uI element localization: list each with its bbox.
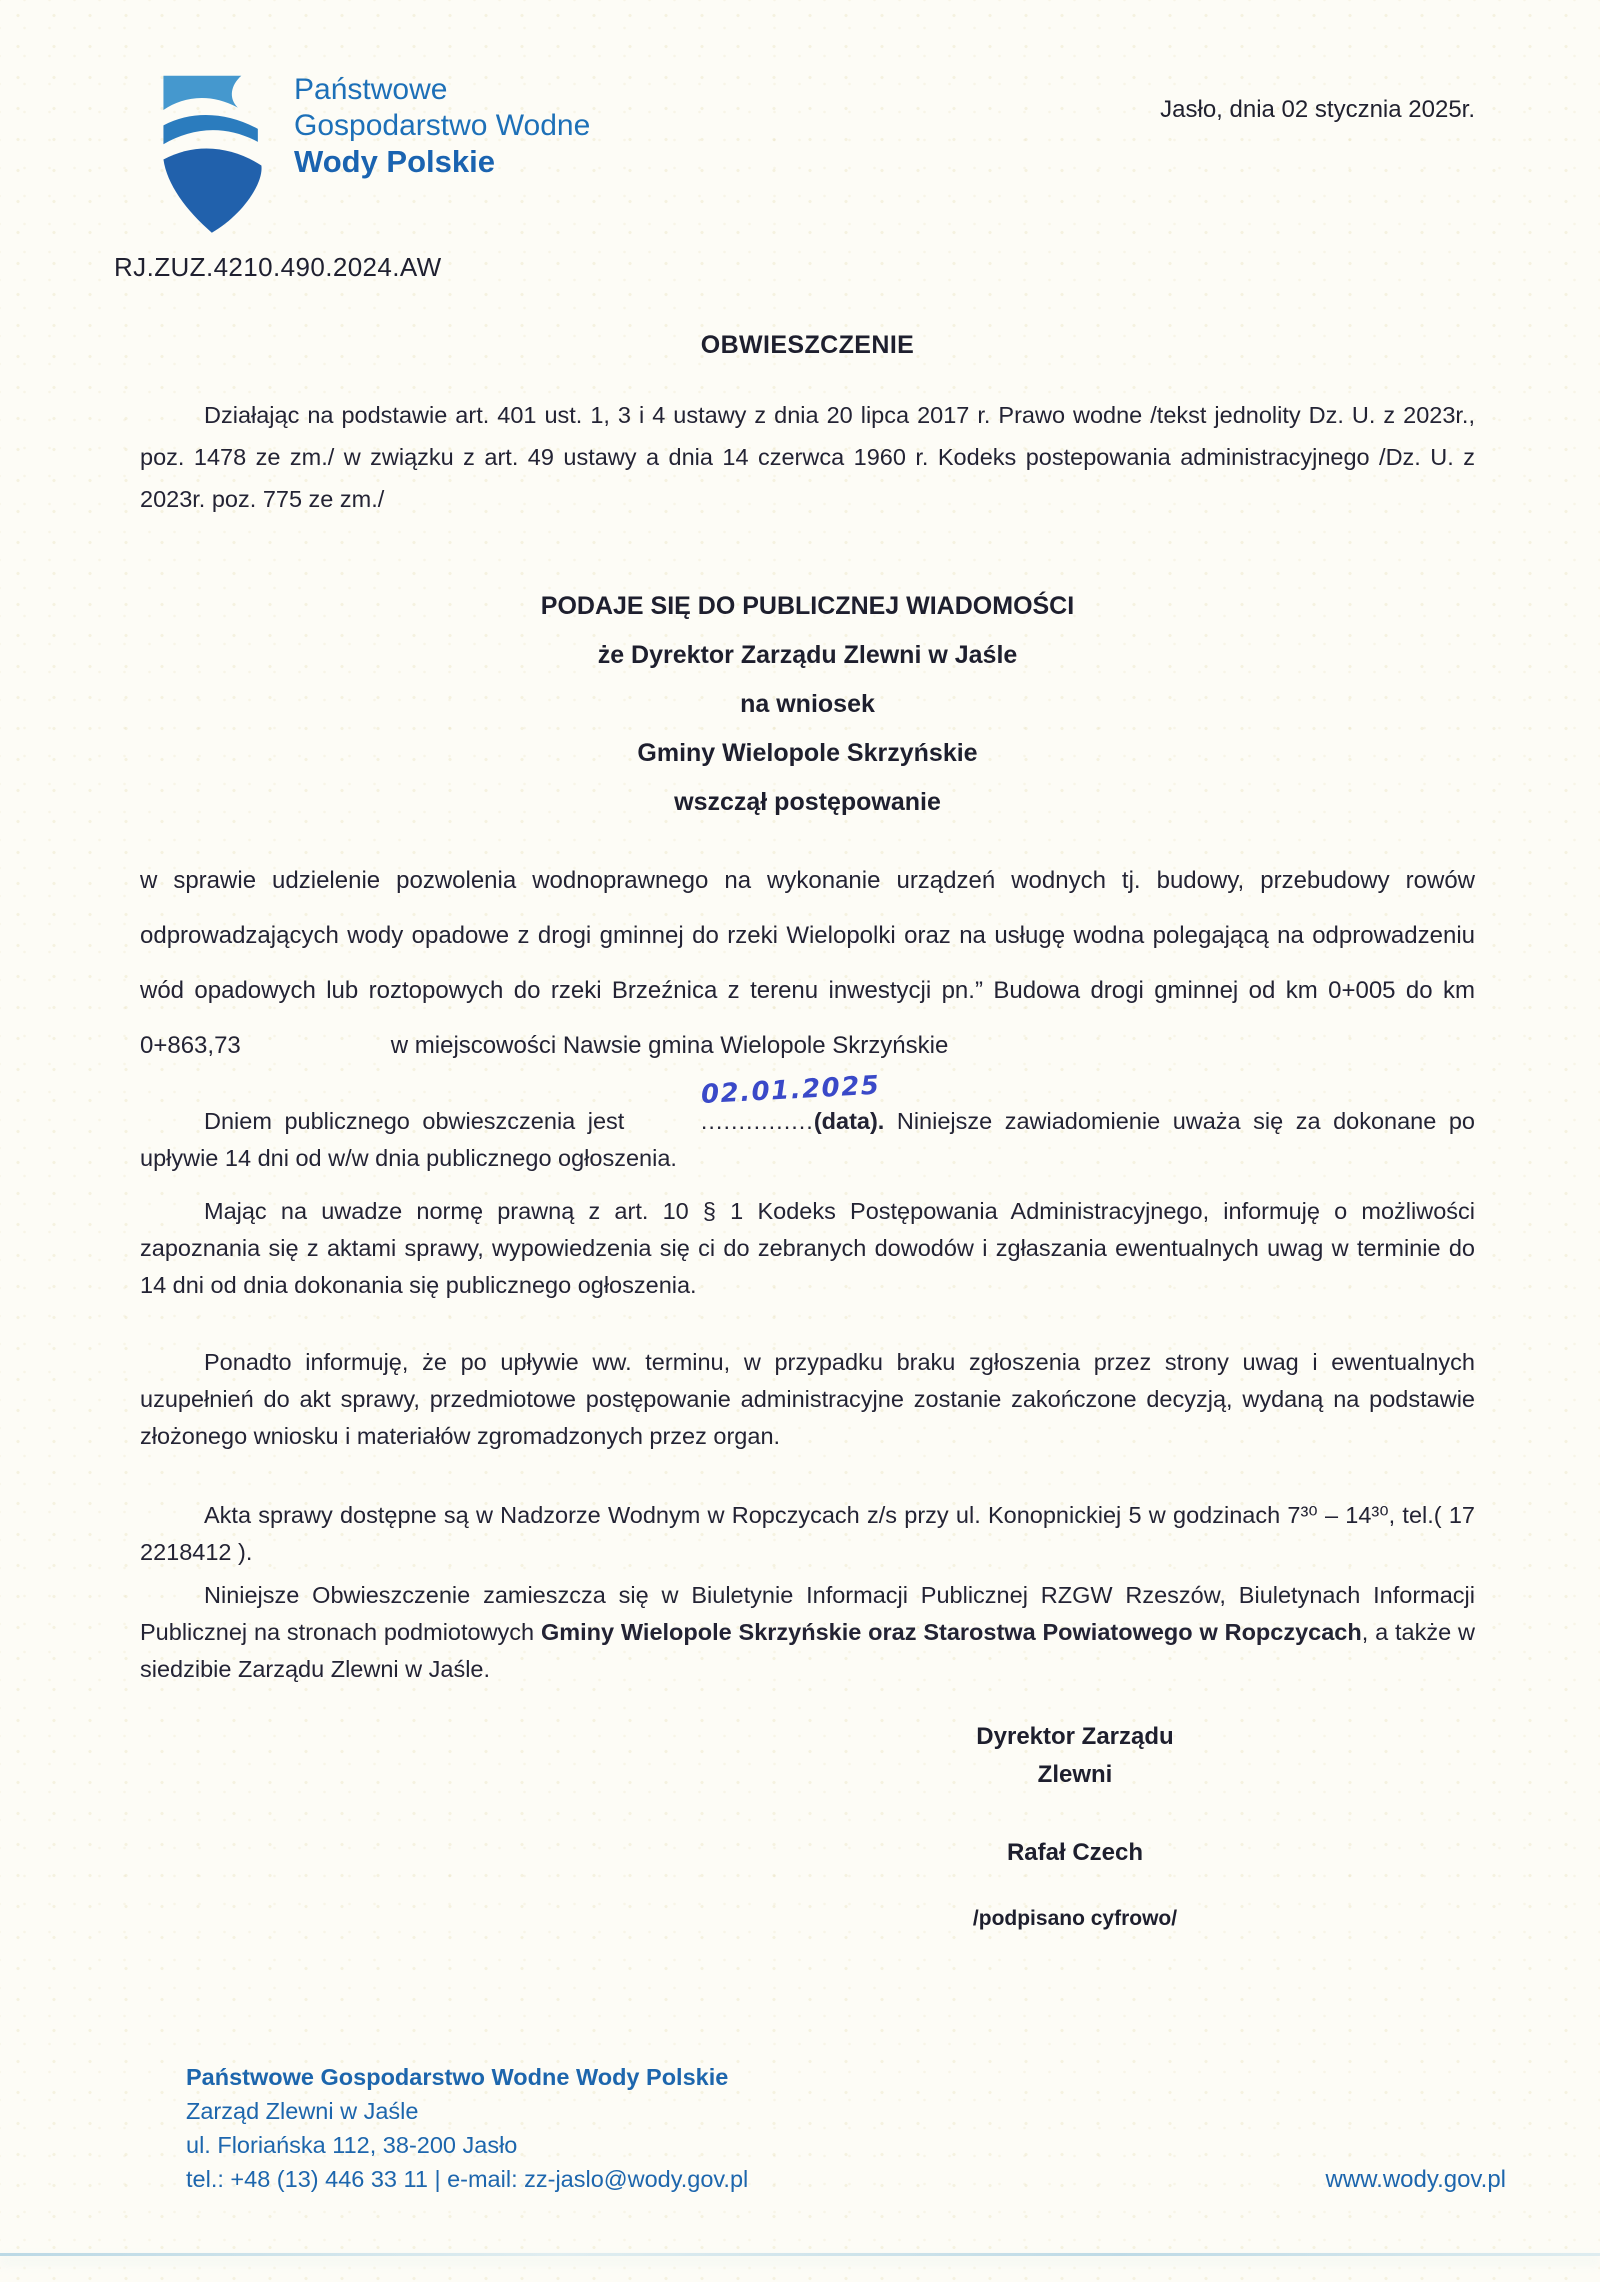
proclamation-line-3: na wniosek	[140, 680, 1475, 729]
proclamation-block: PODAJE SIĘ DO PUBLICZNEJ WIADOMOŚCI że D…	[140, 582, 1475, 827]
proceedings-conclusion-paragraph: Ponadto informuję, że po upływie ww. ter…	[140, 1344, 1475, 1455]
scanned-document-page: Państwowe Gospodarstwo Wodne Wody Polski…	[0, 0, 1600, 2282]
case-files-location-paragraph: Akta sprawy dostępne są w Nadzorze Wodny…	[140, 1497, 1475, 1571]
publication-date-paragraph: Dniem publicznego obwieszczenia jest 02.…	[140, 1103, 1475, 1177]
signer-name: Rafał Czech	[865, 1834, 1285, 1872]
publication-text-before: Dniem publicznego obwieszczenia jest	[204, 1108, 637, 1134]
footer-unit: Zarząd Zlewni w Jaśle	[186, 2094, 748, 2128]
case-access-info-paragraph: Mając na uwadze normę prawną z art. 10 §…	[140, 1193, 1475, 1304]
footer-org-name: Państwowe Gospodarstwo Wodne Wody Polski…	[186, 2060, 748, 2094]
document-footer: Państwowe Gospodarstwo Wodne Wody Polski…	[186, 2060, 748, 2196]
wody-polskie-waves-icon	[154, 64, 272, 248]
date-fill-in-field: 02.01.2025...............	[637, 1103, 814, 1140]
proclamation-line-4: Gminy Wielopole Skrzyńskie	[140, 729, 1475, 778]
signer-role-line2: Zlewni	[865, 1756, 1285, 1794]
footer-contact: tel.: +48 (13) 446 33 11 | e-mail: zz-ja…	[186, 2162, 748, 2196]
proclamation-line-1: PODAJE SIĘ DO PUBLICZNEJ WIADOMOŚCI	[140, 582, 1475, 631]
footer-website: www.wody.gov.pl	[1325, 2166, 1506, 2194]
data-label: (data).	[814, 1108, 885, 1134]
case-description-part1: w sprawie udzielenie pozwolenia wodnopra…	[140, 867, 1475, 1059]
org-name-line2: Gospodarstwo Wodne	[294, 108, 590, 144]
footer-address: ul. Floriańska 112, 38-200 Jasło	[186, 2128, 748, 2162]
proclamation-line-5: wszczął postępowanie	[140, 778, 1475, 827]
scan-artifact-line	[0, 2253, 1600, 2256]
case-reference-number: RJ.ZUZ.4210.490.2024.AW	[114, 252, 1475, 283]
signature-block: Dyrektor Zarządu Zlewni Rafał Czech /pod…	[865, 1718, 1285, 1938]
bip-bold-entities: Gminy Wielopole Skrzyńskie oraz Starostw…	[541, 1619, 1362, 1645]
signer-role-line1: Dyrektor Zarządu	[865, 1718, 1285, 1756]
document-title: OBWIESZCZENIE	[140, 331, 1475, 360]
publication-locations-paragraph: Niniejsze Obwieszczenie zamieszcza się w…	[140, 1577, 1475, 1688]
org-name: Państwowe Gospodarstwo Wodne Wody Polski…	[294, 64, 590, 248]
org-name-line3: Wody Polskie	[294, 144, 590, 180]
case-description-paragraph: w sprawie udzielenie pozwolenia wodnopra…	[140, 853, 1475, 1073]
proclamation-line-2: że Dyrektor Zarządu Zlewni w Jaśle	[140, 631, 1475, 680]
legal-basis-paragraph: Działając na podstawie art. 401 ust. 1, …	[140, 394, 1475, 520]
org-name-line1: Państwowe	[294, 72, 590, 108]
document-header: Państwowe Gospodarstwo Wodne Wody Polski…	[140, 64, 1475, 248]
digital-signature-note: /podpisano cyfrowo/	[865, 1900, 1285, 1938]
case-description-part2: w miejscowości Nawsie gmina Wielopole Sk…	[391, 1032, 949, 1059]
place-and-date: Jasło, dnia 02 stycznia 2025r.	[1160, 64, 1475, 124]
wody-polskie-logo: Państwowe Gospodarstwo Wodne Wody Polski…	[154, 64, 590, 248]
